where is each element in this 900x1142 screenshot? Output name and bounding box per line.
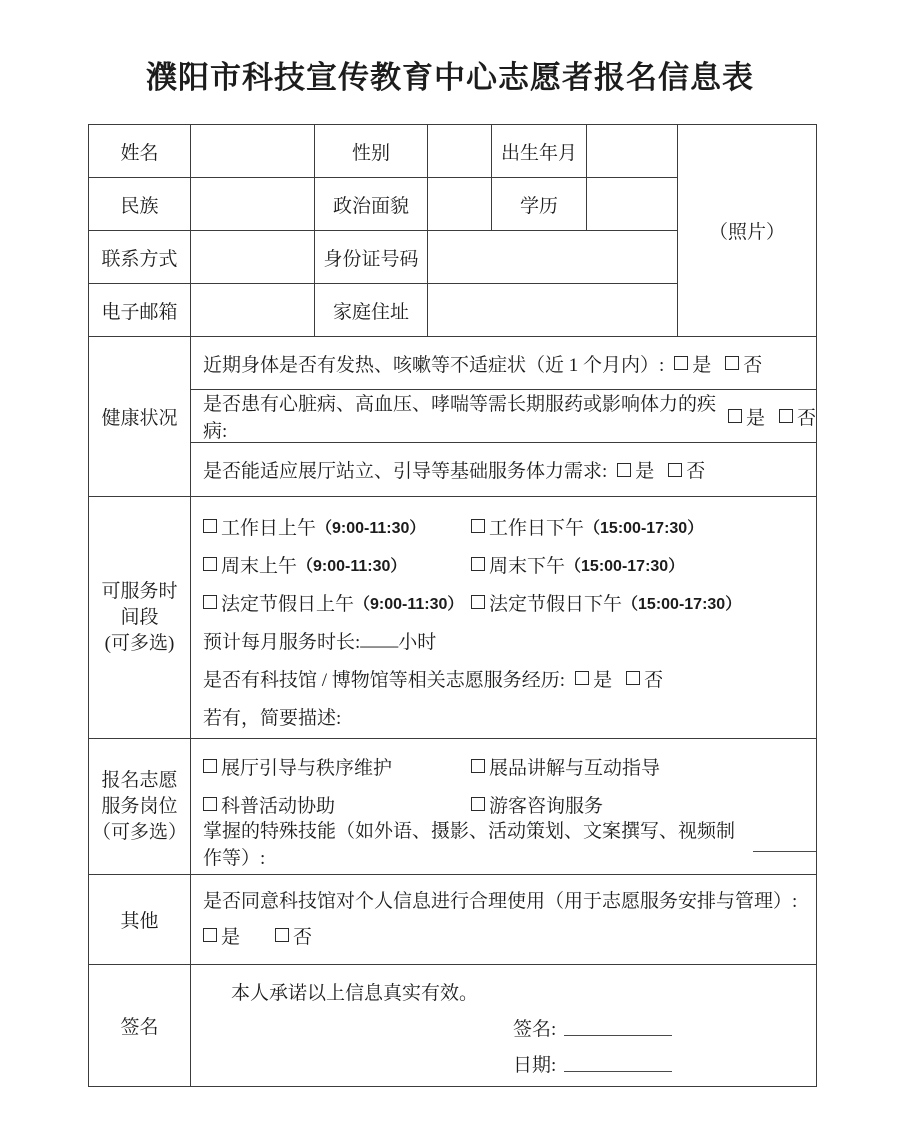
slot-option[interactable]: 周末下午（15:00-17:30） bbox=[471, 551, 816, 578]
monthly-hours-unit: 小时 bbox=[398, 627, 436, 654]
slot-row: 法定节假日上午（9:00-11:30） 法定节假日下午（15:00-17:30） bbox=[191, 583, 816, 621]
date-label: 日期: bbox=[513, 1050, 556, 1077]
checkbox-icon bbox=[203, 759, 217, 773]
position-option[interactable]: 展厅引导与秩序维护 bbox=[203, 753, 471, 780]
slot-option[interactable]: 工作日下午（15:00-17:30） bbox=[471, 513, 816, 540]
checkbox-icon bbox=[668, 463, 682, 477]
slot-time: （9:00-11:30） bbox=[354, 591, 463, 614]
gender-label: 性别 bbox=[315, 125, 428, 178]
skills-blank[interactable] bbox=[753, 835, 816, 852]
birth-date-input-cell[interactable] bbox=[587, 125, 678, 178]
sign-blank[interactable] bbox=[564, 1019, 672, 1036]
date-line: 日期: bbox=[191, 1045, 816, 1081]
signature-section-label: 签名 bbox=[89, 965, 191, 1086]
experience-question-text: 是否有科技馆 / 博物馆等相关志愿服务经历: bbox=[203, 665, 565, 692]
no-option[interactable]: 否 bbox=[779, 403, 816, 430]
slot-option[interactable]: 周末上午（9:00-11:30） bbox=[203, 551, 471, 578]
health-question-3-text: 是否能适应展厅站立、引导等基础服务体力需求: bbox=[203, 456, 607, 483]
birth-date-label: 出生年月 bbox=[492, 125, 587, 178]
availability-section: 可服务时 间段 (可多选) 工作日上午（9:00-11:30） 工作日下午（15… bbox=[89, 497, 816, 739]
basic-info-section: 姓名 性别 出生年月 （照片） 民族 政治面貌 学历 联系方式 身份证号码 电子… bbox=[89, 125, 816, 337]
checkbox-icon bbox=[203, 595, 217, 609]
slot-option[interactable]: 法定节假日上午（9:00-11:30） bbox=[203, 589, 471, 616]
health-question-1: 近期身体是否有发热、咳嗽等不适症状（近 1 个月内）: 是 否 bbox=[191, 337, 816, 390]
monthly-hours-blank[interactable]: ____ bbox=[360, 629, 398, 651]
positions-section-label: 报名志愿 服务岗位 （可多选） bbox=[89, 739, 191, 875]
pledge-text: 本人承诺以上信息真实有效。 bbox=[231, 978, 478, 1005]
consent-question-text: 是否同意科技馆对个人信息进行合理使用（用于志愿服务安排与管理）: bbox=[203, 886, 797, 913]
checkbox-icon bbox=[626, 671, 640, 685]
checkbox-icon bbox=[471, 797, 485, 811]
health-question-2: 是否患有心脏病、高血压、哮喘等需长期服药或影响体力的疾病: 是 否 bbox=[191, 390, 816, 443]
checkbox-icon bbox=[617, 463, 631, 477]
checkbox-icon bbox=[779, 409, 793, 423]
checkbox-icon bbox=[575, 671, 589, 685]
consent-yes-option[interactable]: 是 bbox=[203, 922, 240, 949]
volunteer-form-table: 姓名 性别 出生年月 （照片） 民族 政治面貌 学历 联系方式 身份证号码 电子… bbox=[88, 124, 817, 1087]
consent-question-line: 是否同意科技馆对个人信息进行合理使用（用于志愿服务安排与管理）: bbox=[191, 881, 816, 917]
signature-section: 签名 本人承诺以上信息真实有效。 签名: 日期: bbox=[89, 965, 816, 1086]
health-question-1-text: 近期身体是否有发热、咳嗽等不适症状（近 1 个月内）: bbox=[203, 350, 664, 377]
slot-time: （15:00-17:30） bbox=[584, 515, 703, 538]
slot-time: （15:00-17:30） bbox=[565, 553, 684, 576]
slot-option[interactable]: 法定节假日下午（15:00-17:30） bbox=[471, 589, 816, 616]
skills-line: 掌握的特殊技能（如外语、摄影、活动策划、文案撰写、视频制作等）: bbox=[191, 823, 816, 863]
education-input-cell[interactable] bbox=[587, 178, 678, 231]
email-input-cell[interactable] bbox=[191, 284, 315, 337]
yes-option[interactable]: 是 bbox=[617, 456, 654, 483]
ethnicity-label: 民族 bbox=[89, 178, 191, 231]
political-status-input-cell[interactable] bbox=[428, 178, 492, 231]
pledge-line: 本人承诺以上信息真实有效。 bbox=[191, 973, 816, 1009]
health-section: 健康状况 近期身体是否有发热、咳嗽等不适症状（近 1 个月内）: 是 否 是否患… bbox=[89, 337, 816, 497]
health-question-2-text: 是否患有心脏病、高血压、哮喘等需长期服药或影响体力的疾病: bbox=[203, 390, 718, 443]
checkbox-icon bbox=[203, 928, 217, 942]
health-section-label: 健康状况 bbox=[89, 337, 191, 497]
monthly-hours-line: 预计每月服务时长: ____ 小时 bbox=[191, 621, 816, 659]
yes-option[interactable]: 是 bbox=[575, 665, 612, 692]
monthly-hours-label: 预计每月服务时长: bbox=[203, 627, 360, 654]
health-question-3: 是否能适应展厅站立、引导等基础服务体力需求: 是 否 bbox=[191, 443, 816, 497]
photo-placeholder-label: （照片） bbox=[709, 217, 785, 244]
experience-line: 是否有科技馆 / 博物馆等相关志愿服务经历: 是 否 bbox=[191, 659, 816, 697]
other-section-label: 其他 bbox=[89, 875, 191, 965]
email-label: 电子邮箱 bbox=[89, 284, 191, 337]
slot-time: （9:00-11:30） bbox=[316, 515, 425, 538]
describe-prompt-text: 若有，简要描述: bbox=[203, 703, 341, 730]
yes-option[interactable]: 是 bbox=[674, 350, 711, 377]
availability-section-label: 可服务时 间段 (可多选) bbox=[89, 497, 191, 739]
ethnicity-input-cell[interactable] bbox=[191, 178, 315, 231]
photo-cell[interactable]: （照片） bbox=[678, 125, 816, 337]
name-input-cell[interactable] bbox=[191, 125, 315, 178]
checkbox-icon bbox=[471, 557, 485, 571]
no-option[interactable]: 否 bbox=[725, 350, 762, 377]
date-blank[interactable] bbox=[564, 1055, 672, 1072]
page-title: 濮阳市科技宣传教育中心志愿者报名信息表 bbox=[0, 52, 900, 97]
consent-options-line: 是 否 bbox=[191, 917, 816, 953]
position-option[interactable]: 展品讲解与互动指导 bbox=[471, 753, 816, 780]
checkbox-icon bbox=[471, 759, 485, 773]
slot-option[interactable]: 工作日上午（9:00-11:30） bbox=[203, 513, 471, 540]
position-option[interactable]: 科普活动协助 bbox=[203, 791, 471, 818]
positions-content-cell: 展厅引导与秩序维护 展品讲解与互动指导 科普活动协助 游客咨询服务 掌握的特殊技… bbox=[191, 739, 816, 875]
other-content-cell: 是否同意科技馆对个人信息进行合理使用（用于志愿服务安排与管理）: 是 否 bbox=[191, 875, 816, 965]
position-row: 展厅引导与秩序维护 展品讲解与互动指导 bbox=[191, 747, 816, 785]
id-number-label: 身份证号码 bbox=[315, 231, 428, 284]
contact-input-cell[interactable] bbox=[191, 231, 315, 284]
checkbox-icon bbox=[674, 356, 688, 370]
checkbox-icon bbox=[203, 797, 217, 811]
skills-label: 掌握的特殊技能（如外语、摄影、活动策划、文案撰写、视频制作等）: bbox=[203, 816, 749, 870]
sign-line: 签名: bbox=[191, 1009, 816, 1045]
position-option[interactable]: 游客咨询服务 bbox=[471, 791, 816, 818]
address-input-cell[interactable] bbox=[428, 284, 678, 337]
consent-no-option[interactable]: 否 bbox=[275, 922, 312, 949]
no-option[interactable]: 否 bbox=[626, 665, 663, 692]
contact-label: 联系方式 bbox=[89, 231, 191, 284]
sign-label: 签名: bbox=[513, 1014, 556, 1041]
slot-row: 工作日上午（9:00-11:30） 工作日下午（15:00-17:30） bbox=[191, 507, 816, 545]
no-option[interactable]: 否 bbox=[668, 456, 705, 483]
checkbox-icon bbox=[275, 928, 289, 942]
checkbox-icon bbox=[203, 519, 217, 533]
political-status-label: 政治面貌 bbox=[315, 178, 428, 231]
positions-section: 报名志愿 服务岗位 （可多选） 展厅引导与秩序维护 展品讲解与互动指导 科普活动… bbox=[89, 739, 816, 875]
address-label: 家庭住址 bbox=[315, 284, 428, 337]
checkbox-icon bbox=[725, 356, 739, 370]
yes-option[interactable]: 是 bbox=[728, 403, 765, 430]
name-label: 姓名 bbox=[89, 125, 191, 178]
checkbox-icon bbox=[471, 519, 485, 533]
checkbox-icon bbox=[203, 557, 217, 571]
slot-row: 周末上午（9:00-11:30） 周末下午（15:00-17:30） bbox=[191, 545, 816, 583]
describe-line[interactable]: 若有，简要描述: bbox=[191, 697, 816, 735]
slot-time: （9:00-11:30） bbox=[297, 553, 406, 576]
slot-time: （15:00-17:30） bbox=[622, 591, 741, 614]
availability-content-cell: 工作日上午（9:00-11:30） 工作日下午（15:00-17:30） 周末上… bbox=[191, 497, 816, 739]
education-label: 学历 bbox=[492, 178, 587, 231]
signature-content-cell: 本人承诺以上信息真实有效。 签名: 日期: bbox=[191, 965, 816, 1086]
other-section: 其他 是否同意科技馆对个人信息进行合理使用（用于志愿服务安排与管理）: 是 否 bbox=[89, 875, 816, 965]
id-number-input-cell[interactable] bbox=[428, 231, 678, 284]
checkbox-icon bbox=[728, 409, 742, 423]
checkbox-icon bbox=[471, 595, 485, 609]
gender-input-cell[interactable] bbox=[428, 125, 492, 178]
